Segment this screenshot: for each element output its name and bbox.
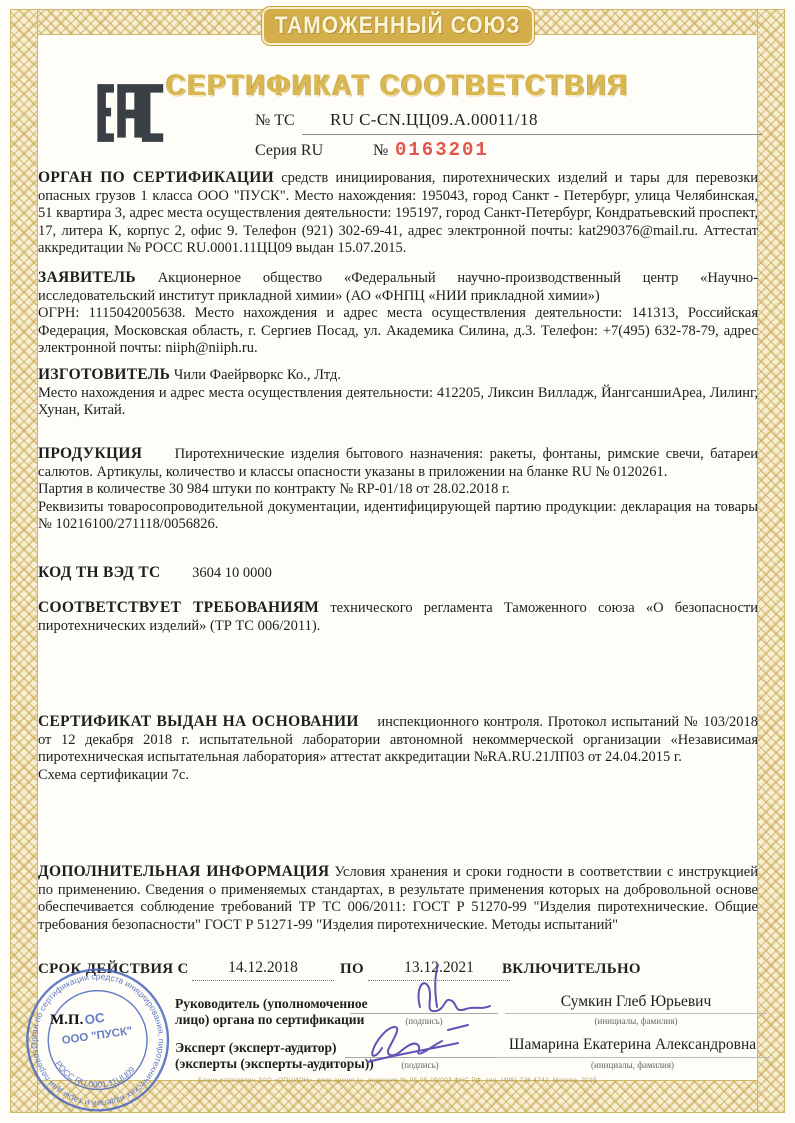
certificate-number: RU С-CN.ЦЦ09.А.00011/18 <box>330 110 630 130</box>
certificate-page: ТАМОЖЕННЫЙ СОЮЗ СЕРТИФИКАТ СООТВЕТСТВИЯ … <box>0 0 795 1123</box>
certificate-number-underline <box>302 134 762 135</box>
stamp-inner-text: РОСС RU.0001.11ЦЦ09 <box>53 1049 139 1096</box>
section-applicant: ЗАЯВИТЕЛЬ Акционерное общество «Федераль… <box>38 269 758 358</box>
section-text: Партия в количестве 30 984 штуки по конт… <box>38 481 758 499</box>
validity-to-label: ПО <box>340 961 364 978</box>
seria-label: Серия RU <box>255 142 323 160</box>
name-line-head <box>505 1013 767 1014</box>
validity-inclusive-label: ВКЛЮЧИТЕЛЬНО <box>502 961 641 978</box>
section-issued-on-basis: СЕРТИФИКАТ ВЫДАН НА ОСНОВАНИИ инспекцион… <box>38 713 758 784</box>
section-heading: ИЗГОТОВИТЕЛЬ <box>38 366 170 383</box>
section-text: ОГРН: 1115042005638. Место нахождения и … <box>38 305 758 358</box>
section-heading: КОД ТН ВЭД ТС <box>38 564 160 581</box>
section-text: Акционерное общество «Федеральный научно… <box>38 270 758 304</box>
section-products: ПРОДУКЦИЯ Пиротехнические изделия бытово… <box>38 445 758 534</box>
section-text: Реквизиты товаросопроводительной докумен… <box>38 499 758 534</box>
customs-union-banner: ТАМОЖЕННЫЙ СОЮЗ <box>262 7 534 45</box>
border-ornament-right <box>757 9 785 1113</box>
mp-seal-placeholder: М.П. <box>50 1012 83 1029</box>
section-text: Место нахождения и адрес места осуществл… <box>38 385 758 420</box>
section-heading: ДОПОЛНИТЕЛЬНАЯ ИНФОРМАЦИЯ <box>38 863 329 880</box>
eac-mark-icon <box>95 82 167 149</box>
tnved-code-value: 3604 10 0000 <box>192 565 272 581</box>
section-heading: СООТВЕТСТВУЕТ ТРЕБОВАНИЯМ <box>38 599 319 616</box>
section-text: Схема сертификации 7с. <box>38 767 758 785</box>
name-line-expert <box>495 1057 770 1058</box>
validity-date-from: 14.12.2018 <box>192 959 334 981</box>
section-tnved-code: КОД ТН ВЭД ТС 3604 10 0000 <box>38 564 758 583</box>
signer-name-expert: Шамарина Екатерина Александровна <box>495 1036 770 1054</box>
section-additional-info: ДОПОЛНИТЕЛЬНАЯ ИНФОРМАЦИЯ Условия хранен… <box>38 863 758 934</box>
blank-manufacturer-microtext: Бланк изготовлен ЗАО «ОПЦИОН», www.opcio… <box>0 1077 795 1084</box>
no-ts-label: № ТС <box>255 112 295 130</box>
serial-number: 0163201 <box>395 139 489 161</box>
section-heading: ПРОДУКЦИЯ <box>38 445 142 462</box>
stamp-center-line1: ОС <box>84 1010 106 1028</box>
section-heading: ОРГАН ПО СЕРТИФИКАЦИИ <box>38 169 274 186</box>
signature-ink-expert <box>362 1020 492 1073</box>
name-caption-head: (инициалы, фамилия) <box>505 1016 767 1026</box>
section-heading: ЗАЯВИТЕЛЬ <box>38 269 136 286</box>
section-heading: СЕРТИФИКАТ ВЫДАН НА ОСНОВАНИИ <box>38 713 359 730</box>
certification-body-stamp: Орган по сертификации средств инициирова… <box>12 954 184 1123</box>
section-manufacturer: ИЗГОТОВИТЕЛЬ Чили Фаейрворкс Ко., Лтд. М… <box>38 366 758 420</box>
signature-ink-head <box>392 962 502 1025</box>
section-text: Пиротехнические изделия бытового назначе… <box>38 446 758 480</box>
name-caption-expert: (инициалы, фамилия) <box>495 1060 770 1070</box>
signer-name-head: Сумкин Глеб Юрьевич <box>505 993 767 1011</box>
section-certification-body: ОРГАН ПО СЕРТИФИКАЦИИ средств инициирова… <box>38 169 758 258</box>
serial-no-sign: № <box>373 142 388 160</box>
svg-text:РОСС RU.0001.11ЦЦ09: РОСС RU.0001.11ЦЦ09 <box>53 1049 139 1096</box>
section-complies-with: СООТВЕТСТВУЕТ ТРЕБОВАНИЯМ технического р… <box>38 599 758 635</box>
banner-text: ТАМОЖЕННЫЙ СОЮЗ <box>275 12 521 40</box>
section-text: Чили Фаейрворкс Ко., Лтд. <box>174 367 341 383</box>
border-ornament-left <box>10 9 38 1113</box>
